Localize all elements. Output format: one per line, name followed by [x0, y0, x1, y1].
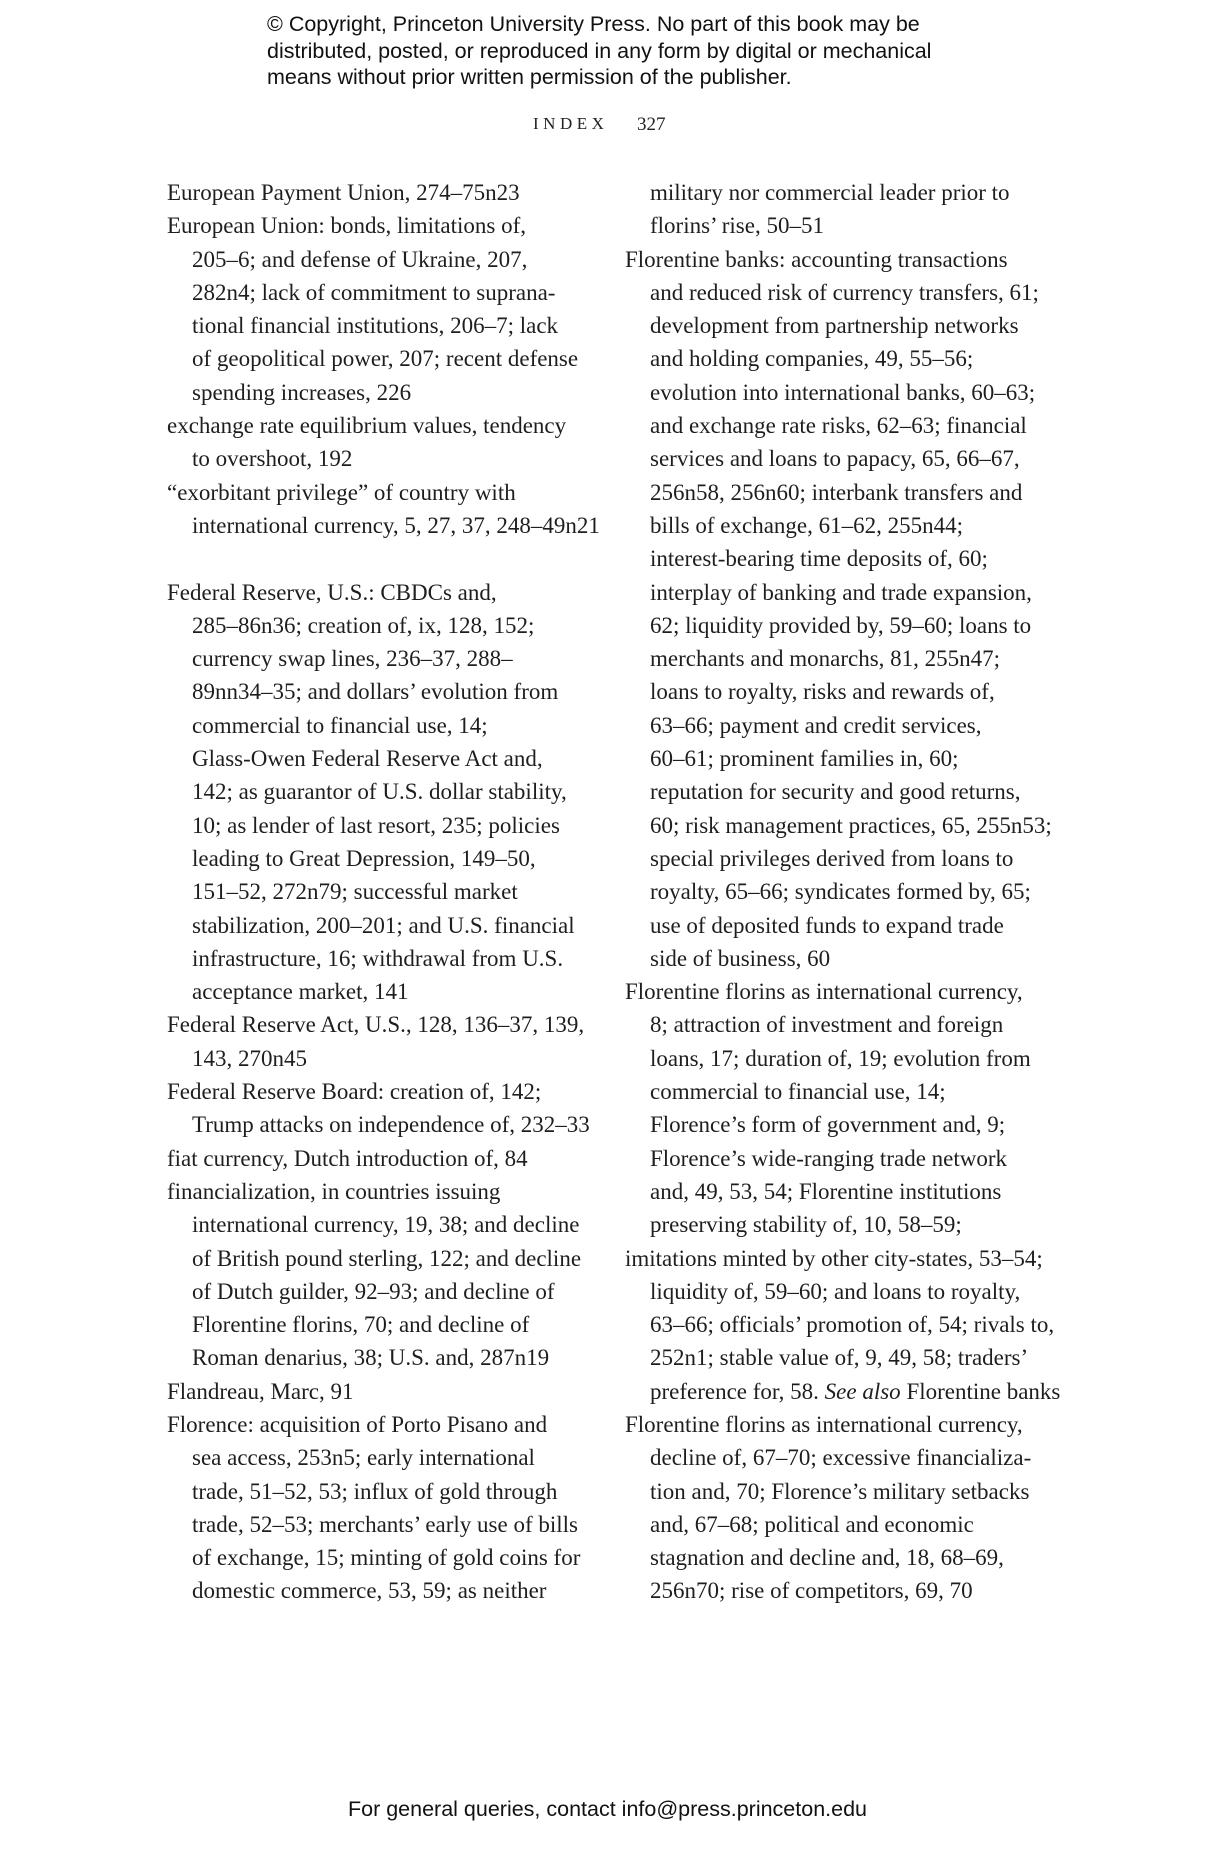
index-subline: international currency, 19, 38; and decl… — [167, 1208, 607, 1241]
index-subline: decline of, 67–70; excessive financializ… — [625, 1441, 1065, 1474]
index-subline: evolution into international banks, 60–6… — [625, 376, 1065, 409]
index-entry: “exorbitant privilege” of country with — [167, 476, 607, 509]
index-subline: 151–52, 272n79; successful market — [167, 875, 607, 908]
index-subline: 10; as lender of last resort, 235; polic… — [167, 809, 607, 842]
index-subline: and, 67–68; political and economic — [625, 1508, 1065, 1541]
index-subline: commercial to financial use, 14; — [167, 709, 607, 742]
index-subline: stabilization, 200–201; and U.S. financi… — [167, 909, 607, 942]
index-subline: use of deposited funds to expand trade — [625, 909, 1065, 942]
index-subline: florins’ rise, 50–51 — [625, 209, 1065, 242]
index-subline: 256n58, 256n60; interbank transfers and — [625, 476, 1065, 509]
index-subline: tional financial institutions, 206–7; la… — [167, 309, 607, 342]
index-column-left: European Payment Union, 274–75n23Europea… — [167, 176, 607, 1608]
index-subline: acceptance market, 141 — [167, 975, 607, 1008]
index-subline: loans to royalty, risks and rewards of, — [625, 675, 1065, 708]
index-subline: international currency, 5, 27, 37, 248–4… — [167, 509, 607, 542]
index-subline: 63–66; officials’ promotion of, 54; riva… — [625, 1308, 1065, 1341]
index-entry: Florentine florins as international curr… — [625, 975, 1065, 1008]
index-subline: infrastructure, 16; withdrawal from U.S. — [167, 942, 607, 975]
index-subline: 143, 270n45 — [167, 1042, 607, 1075]
index-subline: 142; as guarantor of U.S. dollar stabili… — [167, 775, 607, 808]
index-subline: 285–86n36; creation of, ix, 128, 152; — [167, 609, 607, 642]
index-subline: preserving stability of, 10, 58–59; — [625, 1208, 1065, 1241]
index-entry: imitations minted by other city-states, … — [625, 1242, 1065, 1275]
index-subline: and, 49, 53, 54; Florentine institutions — [625, 1175, 1065, 1208]
index-entry: Flandreau, Marc, 91 — [167, 1375, 607, 1408]
index-subline: 62; liquidity provided by, 59–60; loans … — [625, 609, 1065, 642]
index-entry: European Union: bonds, limitations of, — [167, 209, 607, 242]
index-subline: to overshoot, 192 — [167, 442, 607, 475]
index-subline: Florence’s wide-ranging trade network — [625, 1142, 1065, 1175]
footer-contact: For general queries, contact info@press.… — [348, 1797, 867, 1822]
index-subline: domestic commerce, 53, 59; as neither — [167, 1574, 607, 1607]
see-also-label: See also — [825, 1379, 901, 1404]
index-subline: interplay of banking and trade expansion… — [625, 576, 1065, 609]
index-subline: Florence’s form of government and, 9; — [625, 1108, 1065, 1141]
entry-text: preference for, 58. — [650, 1379, 825, 1404]
copyright-line: means without prior written permission o… — [267, 64, 1067, 91]
index-subline: liquidity of, 59–60; and loans to royalt… — [625, 1275, 1065, 1308]
index-subline: 89nn34–35; and dollars’ evolution from — [167, 675, 607, 708]
copyright-notice: © Copyright, Princeton University Press.… — [267, 11, 1067, 91]
index-subline: 205–6; and defense of Ukraine, 207, — [167, 243, 607, 276]
index-subline: bills of exchange, 61–62, 255n44; — [625, 509, 1065, 542]
index-subline: Trump attacks on independence of, 232–33 — [167, 1108, 607, 1141]
index-subline: 8; attraction of investment and foreign — [625, 1008, 1065, 1041]
entry-spacer — [167, 542, 607, 575]
index-entry: Federal Reserve, U.S.: CBDCs and, — [167, 576, 607, 609]
index-subline: of British pound sterling, 122; and decl… — [167, 1242, 607, 1275]
index-subline: leading to Great Depression, 149–50, — [167, 842, 607, 875]
index-subline: sea access, 253n5; early international — [167, 1441, 607, 1474]
index-subline: 60; risk management practices, 65, 255n5… — [625, 809, 1065, 842]
index-subline: spending increases, 226 — [167, 376, 607, 409]
copyright-line: © Copyright, Princeton University Press.… — [267, 11, 1067, 38]
index-entry: exchange rate equilibrium values, tenden… — [167, 409, 607, 442]
section-label: INDEX — [533, 114, 608, 134]
index-subline: reputation for security and good returns… — [625, 775, 1065, 808]
index-subline: tion and, 70; Florence’s military setbac… — [625, 1475, 1065, 1508]
index-subline: of Dutch guilder, 92–93; and decline of — [167, 1275, 607, 1308]
index-entry: Florentine banks: accounting transaction… — [625, 243, 1065, 276]
index-subline: stagnation and decline and, 18, 68–69, — [625, 1541, 1065, 1574]
index-subline: services and loans to papacy, 65, 66–67, — [625, 442, 1065, 475]
index-subline: loans, 17; duration of, 19; evolution fr… — [625, 1042, 1065, 1075]
index-subline: preference for, 58. See also Florentine … — [625, 1375, 1065, 1408]
index-subline: 282n4; lack of commitment to suprana- — [167, 276, 607, 309]
index-entry: European Payment Union, 274–75n23 — [167, 176, 607, 209]
index-subline: 60–61; prominent families in, 60; — [625, 742, 1065, 775]
index-entry: fiat currency, Dutch introduction of, 84 — [167, 1142, 607, 1175]
index-subline: side of business, 60 — [625, 942, 1065, 975]
index-entry: Federal Reserve Act, U.S., 128, 136–37, … — [167, 1008, 607, 1041]
index-subline: 252n1; stable value of, 9, 49, 58; trade… — [625, 1341, 1065, 1374]
index-subline: Florentine florins, 70; and decline of — [167, 1308, 607, 1341]
index-subline: and reduced risk of currency transfers, … — [625, 276, 1065, 309]
index-subline: 63–66; payment and credit services, — [625, 709, 1065, 742]
index-subline: special privileges derived from loans to — [625, 842, 1065, 875]
page-number: 327 — [637, 114, 666, 136]
index-subline: trade, 51–52, 53; influx of gold through — [167, 1475, 607, 1508]
index-subline: Glass-Owen Federal Reserve Act and, — [167, 742, 607, 775]
index-entry: Federal Reserve Board: creation of, 142; — [167, 1075, 607, 1108]
index-column-right: military nor commercial leader prior tof… — [625, 176, 1065, 1608]
index-subline: of exchange, 15; minting of gold coins f… — [167, 1541, 607, 1574]
index-subline: and exchange rate risks, 62–63; financia… — [625, 409, 1065, 442]
index-subline: interest-bearing time deposits of, 60; — [625, 542, 1065, 575]
running-head: INDEX 327 — [0, 114, 1225, 140]
index-subline: commercial to financial use, 14; — [625, 1075, 1065, 1108]
index-subline: 256n70; rise of competitors, 69, 70 — [625, 1574, 1065, 1607]
index-entry: Florentine florins as international curr… — [625, 1408, 1065, 1441]
index-subline: of geopolitical power, 207; recent defen… — [167, 342, 607, 375]
index-subline: and holding companies, 49, 55–56; — [625, 342, 1065, 375]
index-entry: financialization, in countries issuing — [167, 1175, 607, 1208]
index-subline: royalty, 65–66; syndicates formed by, 65… — [625, 875, 1065, 908]
index-subline: development from partnership networks — [625, 309, 1065, 342]
index-subline: merchants and monarchs, 81, 255n47; — [625, 642, 1065, 675]
copyright-line: distributed, posted, or reproduced in an… — [267, 38, 1067, 65]
index-subline: trade, 52–53; merchants’ early use of bi… — [167, 1508, 607, 1541]
cross-reference: Florentine banks — [901, 1379, 1061, 1404]
index-subline: currency swap lines, 236–37, 288– — [167, 642, 607, 675]
index-subline: military nor commercial leader prior to — [625, 176, 1065, 209]
index-entry: Florence: acquisition of Porto Pisano an… — [167, 1408, 607, 1441]
index-subline: Roman denarius, 38; U.S. and, 287n19 — [167, 1341, 607, 1374]
